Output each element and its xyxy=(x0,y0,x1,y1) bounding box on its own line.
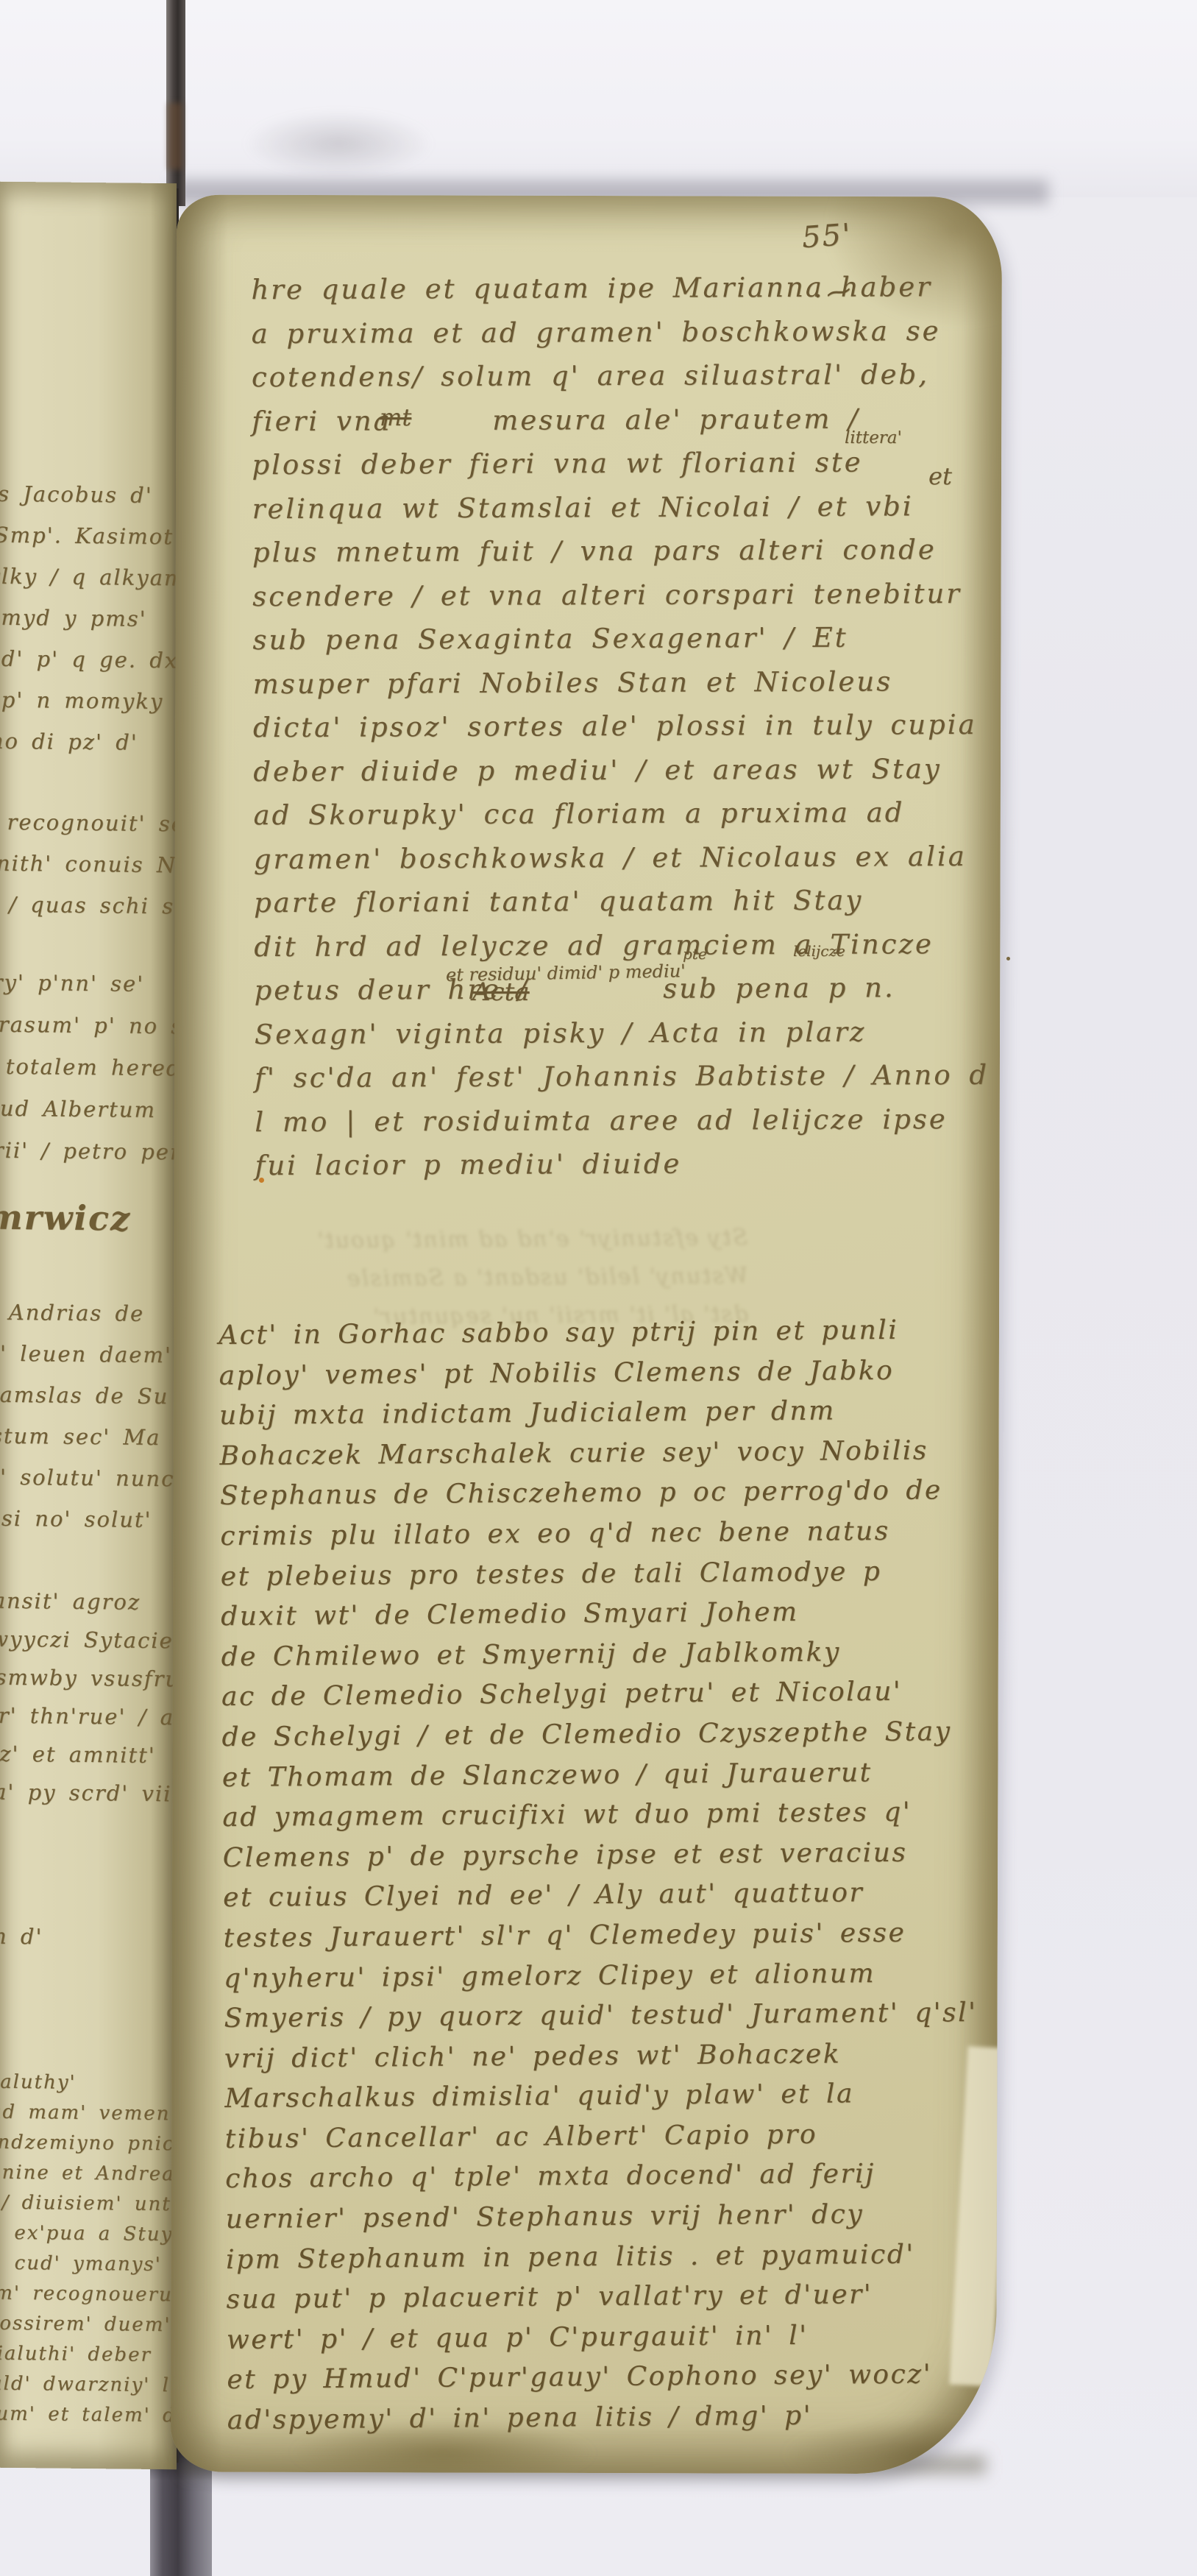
manuscript-line: sua put' p placuerit p' vallat'ry et d'u… xyxy=(226,2274,979,2321)
page-number: 55' xyxy=(800,218,853,255)
manuscript-line: msuper pfari Nobiles Stan et Nicoleus xyxy=(253,659,987,706)
manuscript-line: et Thomam de Slanczewo / qui Jurauerut xyxy=(222,1752,976,1799)
manuscript-line: plus mnetum fuit / vna pars alteri conde xyxy=(252,528,987,575)
manuscript-line: et plebeius pro testes de tali Clamodye … xyxy=(221,1551,974,1598)
manuscript-line: chos archo q' tple' mxta docend' ad feri… xyxy=(225,2154,978,2200)
manuscript-line: relinqua wt Stamslai et Nicolai / et vbi xyxy=(252,484,987,531)
manuscript-line: Amo di pz' d' xyxy=(0,720,177,763)
superscript-correction: littera' xyxy=(845,428,902,447)
manuscript-line: tatum' et talem' d' xyxy=(0,2399,177,2431)
manuscript-line: n d' xyxy=(0,1917,43,1956)
manuscript-line: d Smp'. Kasimot xyxy=(0,514,177,557)
manuscript-line: tibus' Cancellar' ac Albert' Capio pro xyxy=(225,2114,978,2160)
manuscript-line: ad ymagmem crucifixi wt duo pmi testes q… xyxy=(222,1792,976,1839)
manuscript-line: parte floriani tanta' quatam hit Stay xyxy=(254,878,988,925)
manuscript-line: d rasum' p' no so' xyxy=(0,1003,177,1048)
manuscript-line: Byialuthy' xyxy=(0,2067,177,2099)
manuscript-line: ac de Clemedio Schelygi petru' et Nicola… xyxy=(221,1671,975,1718)
manuscript-line: q'nyheru' ipsi' gmelorz Clipey et alionu… xyxy=(224,1953,977,1999)
manuscript-line: de Chmilewo et Smyernij de Jablkomky xyxy=(221,1632,974,1678)
manuscript-line: monith' conuis Nobil' xyxy=(0,842,177,886)
left-page-marginal-name: mrwicz xyxy=(0,1197,131,1239)
manuscript-line: ota' py scrd' vii xyxy=(0,1772,177,1813)
manuscript-line: et cuius Clyei nd ee' / Aly aut' quattuo… xyxy=(223,1872,976,1919)
left-page-text-block: blis Jacobus d'd Smp'. Kasimotmylky / q … xyxy=(0,473,177,763)
manuscript-line: uernier' psend' Stephanus vrij henr' dcy xyxy=(225,2194,978,2240)
manuscript-line: ad'spyemy' d' in' pena litis / dmg' p' xyxy=(227,2395,981,2441)
manuscript-line: ndz' et amnitt' xyxy=(0,1734,177,1774)
text-block-1: hre quale et quatam ipe Marianna habera … xyxy=(251,265,989,1188)
manuscript-line: fistum sec' Ma xyxy=(0,1415,174,1458)
manuscript-line: Smyeris / py quorz quid' testud' Juramen… xyxy=(224,1993,977,2039)
manuscript-line: dicta' ipsoz' sortes ale' plossi in tuly… xyxy=(253,703,987,750)
manuscript-line: deber diuide p mediu' / et areas wt Stay xyxy=(253,746,987,793)
manuscript-line: ms' ex'pua a Stuy xyxy=(0,2218,177,2250)
manuscript-line: mo / quas schi sup' xyxy=(0,883,177,927)
manuscript-line: k'andzemiyno pnict' xyxy=(0,2127,177,2159)
margin-overflow-word: et xyxy=(928,462,952,490)
manuscript-line: ipm Stephanum in pena litis . et pyamuic… xyxy=(226,2234,979,2281)
ghost-line: Wstuny' lelid' usdant' a Samisle xyxy=(316,1257,748,1298)
manuscript-line: Bohaczek Marschalek curie sey' vocy Nobi… xyxy=(219,1431,973,1477)
struck-out-word: mt xyxy=(380,403,411,431)
manuscript-line: Mansit' agroz xyxy=(0,1581,177,1621)
manuscript-line: et py Hmud' C'pur'gauy' Cophono sey' woc… xyxy=(227,2354,980,2401)
manuscript-line: ad Skorupky' cca floriam a pruxima ad xyxy=(253,790,987,838)
manuscript-line: l mo | et rosiduimta aree ad lelijcze ip… xyxy=(255,1097,989,1144)
manuscript-line: aploy' vemes' pt Nobilis Clemens de Jabk… xyxy=(219,1351,972,1397)
manuscript-line: c'wyyczi Sytacie xyxy=(0,1619,177,1660)
manuscript-line: fui lacior p mediu' diuide xyxy=(255,1141,989,1188)
left-page-text-block: ts Andrias dese' leuen daem'Stamslas de … xyxy=(0,1291,174,1540)
ghost-line: Sty efstuniyr' e'nd ad mint' quout' xyxy=(316,1219,747,1260)
manuscript-line: der' thn'rue' / ad xyxy=(0,1696,177,1736)
manuscript-line: Clemens p' de pyrsche ipse et est veraci… xyxy=(223,1833,976,1879)
manuscript-line: sub pena Sexaginta Sexagenar' / Et xyxy=(252,615,987,662)
manuscript-line: lorii' / petro pers' xyxy=(0,1129,177,1174)
manuscript-line: apud Albertum xyxy=(0,1087,177,1132)
manuscript-line: viry' p'nn' se' xyxy=(0,961,177,1006)
manuscript-line: o ad mam' vemen' xyxy=(0,2097,177,2129)
manuscript-line: p' p' n momyky xyxy=(0,679,177,722)
manuscript-line: rst' cud' ymanys' v xyxy=(0,2248,177,2280)
manuscript-line: Marschalkus dimislia' quid'y plaw' et la xyxy=(224,2073,978,2120)
clamp-rod-rust-stain xyxy=(168,103,182,169)
left-page-text-block: Byialuthy'o ad mam' vemen'k'andzemiyno p… xyxy=(0,2067,177,2431)
interline-superscript: pte xyxy=(683,945,707,963)
manuscript-line: cotendens/ solum q' area siluastral' deb… xyxy=(252,353,986,400)
interline-superscript: lelijcze xyxy=(793,942,845,960)
left-page-text-block: wo recognouit' semonith' conuis Nobil'mo… xyxy=(0,801,177,927)
manuscript-line: n si no' solut' xyxy=(0,1497,174,1540)
sheet-smudge xyxy=(243,110,434,177)
manuscript-line: se' solutu' nunc xyxy=(0,1456,174,1499)
manuscript-line: crimis plu illato ex eo q'd nec bene nat… xyxy=(220,1511,973,1557)
manuscript-line: hre quale et quatam ipe Marianna haber xyxy=(251,265,985,312)
manuscript-line: Stamslas de Su xyxy=(0,1373,174,1417)
manuscript-line: k'yialuthi' deber xyxy=(0,2338,177,2371)
left-page-text-block: viry' p'nn' se'd rasum' p' no so'd' tota… xyxy=(0,961,177,1174)
left-page-text-block: n d' xyxy=(0,1917,43,1956)
manuscript-line: Sexagn' viginta pisky / Acta in plarz xyxy=(255,1009,989,1056)
manuscript-line: ts Andrias de xyxy=(0,1291,174,1334)
ink-speck xyxy=(259,1178,264,1183)
manuscript-line: blis Jacobus d' xyxy=(0,473,177,516)
manuscript-photo: { "photo": { "background_color": "#eae9e… xyxy=(0,0,1197,2576)
manuscript-line: ck / diuisiem' unt'v xyxy=(0,2187,177,2220)
manuscript-line: wo recognouit' se xyxy=(0,801,177,845)
left-page: blis Jacobus d'd Smp'. Kasimotmylky / q … xyxy=(0,182,177,2470)
struck-out-word: Acta xyxy=(472,977,530,1007)
manuscript-line: g' d' p' q ge. dx xyxy=(0,637,177,681)
manuscript-line: vrij dict' clich' ne' pedes wt' Bohaczek xyxy=(224,2034,978,2080)
manuscript-line: de Schelygi / et de Clemedio Czyszepthe … xyxy=(221,1712,975,1758)
manuscript-line: duxit wt' de Clemedio Smyari Johem xyxy=(221,1591,974,1638)
manuscript-line: gramen' boschkowska / et Nicolaus ex ali… xyxy=(254,834,988,881)
manuscript-line: Stephanus de Chisczehemo p oc perrog'do … xyxy=(220,1471,973,1517)
manuscript-line: mylky / q alkyamt' xyxy=(0,555,177,598)
manuscript-line: ubij mxta indictam Judicialem per dnm xyxy=(219,1390,973,1437)
manuscript-line: d' totalem heredita' xyxy=(0,1045,177,1090)
manuscript-line: y rossirem' duem' xyxy=(0,2308,177,2340)
manuscript-line: se' leuen daem' xyxy=(0,1332,174,1376)
manuscript-line: itam' recognouerut' xyxy=(0,2278,177,2310)
manuscript-line: f' sc'da an' fest' Johannis Babtiste / A… xyxy=(255,1053,989,1100)
manuscript-line: a pruxima et ad gramen' boschkowska se xyxy=(252,308,986,355)
manuscript-line: n ald' dwarzniy' l' xyxy=(0,2368,177,2401)
manuscript-line: dranine et Andreas xyxy=(0,2157,177,2190)
text-block-2: Act' in Gorhac sabbo say ptrij pin et pu… xyxy=(219,1310,981,2441)
manuscript-line: wdmyd y pms' xyxy=(0,596,177,640)
manuscript-line: testes Jurauert' sl'r q' Clemedey puis' … xyxy=(223,1913,976,1959)
manuscript-line: wert' p' / et qua p' C'purgauit' in' l' xyxy=(227,2315,980,2361)
manuscript-line: Act' in Gorhac sabbo say ptrij pin et pu… xyxy=(219,1310,972,1356)
ink-speck xyxy=(1006,957,1010,960)
manuscript-line: x smwby vsusfruc' xyxy=(0,1657,177,1698)
manuscript-line: scendere / et vna alteri corspari tenebi… xyxy=(252,571,987,618)
left-page-text-block: Mansit' agrozc'wyyczi Sytaciex smwby vsu… xyxy=(0,1581,177,1813)
